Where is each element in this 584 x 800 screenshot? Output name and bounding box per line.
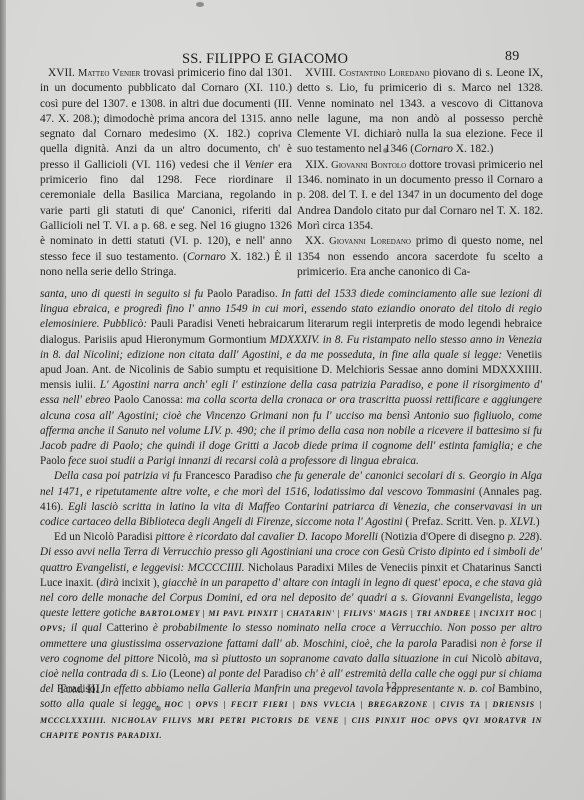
paper-stain bbox=[196, 2, 204, 7]
page-edge-shadow bbox=[0, 0, 6, 800]
entry-name: Giovanni Bontolo bbox=[331, 160, 406, 171]
entry-xvii: XVII. Matteo Venier trovasi primicerio f… bbox=[40, 66, 292, 280]
gothic-inscription: N. D. bbox=[457, 685, 478, 694]
entry-xix: XIX. Giovanni Bontolo dottore trovasi pr… bbox=[297, 158, 543, 234]
entry-xviii: XVIII. Costantino Loredano piovano di s.… bbox=[297, 66, 543, 158]
entry-xx: XX. Giovanni Loredano primo di questo no… bbox=[297, 234, 543, 280]
paragraph-paolo-paradiso: santa, uno di questi in seguito si fu Pa… bbox=[40, 287, 542, 469]
full-width-text: santa, uno di questi in seguito si fu Pa… bbox=[40, 287, 542, 743]
right-column: XVIII. Costantino Loredano piovano di s.… bbox=[297, 66, 543, 280]
volume-signature: Tom. III. bbox=[58, 681, 103, 697]
entry-name: Costantino Loredano bbox=[339, 68, 429, 79]
running-header: SS. FILIPPO E GIACOMO 89 bbox=[40, 51, 570, 67]
entry-name: Giovanni Loredano bbox=[329, 236, 411, 247]
page-number: 89 bbox=[505, 49, 519, 65]
paragraph-francesco-paradiso: Della casa poi patrizia vi fu Francesco … bbox=[40, 469, 542, 530]
scanned-page: SS. FILIPPO E GIACOMO 89 XVII. Matteo Ve… bbox=[0, 0, 584, 800]
gathering-mark: 12 bbox=[385, 680, 398, 692]
left-column: XVII. Matteo Venier trovasi primicerio f… bbox=[40, 66, 292, 280]
paragraph-nicolo-paradisi: Ed un Nicolò Paradisi pittore è ricordat… bbox=[40, 530, 542, 743]
entry-name: Matteo Venier bbox=[78, 68, 140, 79]
